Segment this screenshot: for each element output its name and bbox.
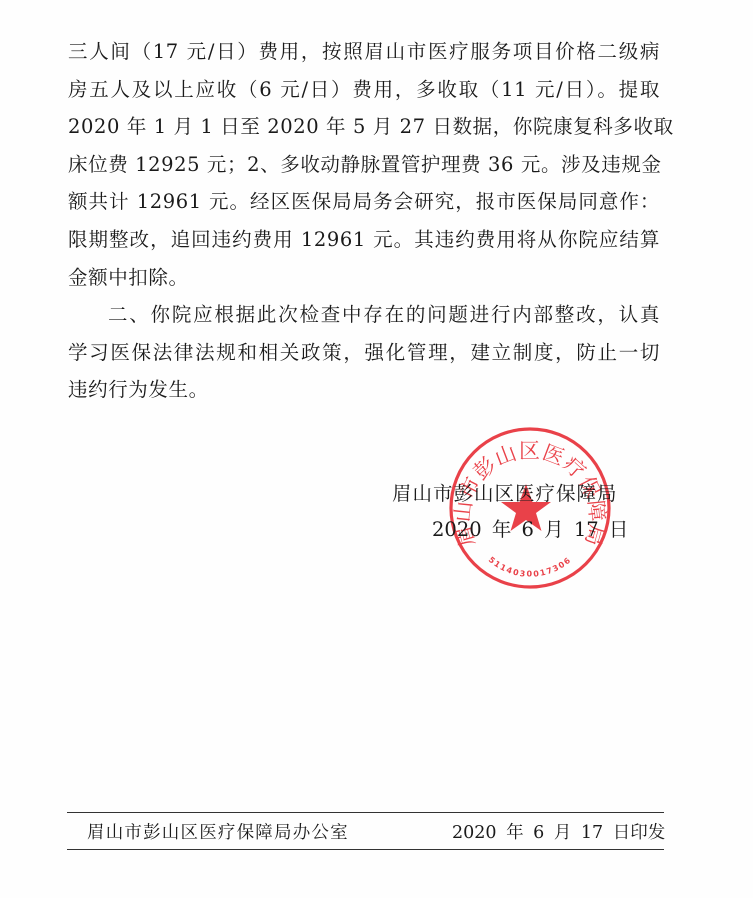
section-two-line: 违约行为发生。 xyxy=(68,371,660,409)
footer-issue-date: 2020 年 6 月 17 日印发 xyxy=(452,819,665,844)
body-line: 房五人及以上应收（6 元/日）费用，多收取（11 元/日）。提取 xyxy=(68,71,660,109)
body-line: 三人间（17 元/日）费用，按照眉山市医疗服务项目价格二级病 xyxy=(68,33,660,71)
section-two-line: 二、你院应根据此次检查中存在的问题进行内部整改，认真 xyxy=(68,296,660,334)
svg-text:5114030017306: 5114030017306 xyxy=(487,555,574,579)
footer-bottom-rule xyxy=(67,849,664,850)
body-line: 限期整改，追回违约费用 12961 元。其违约费用将从你院应结算 xyxy=(68,221,660,259)
body-line: 额共计 12961 元。经区医保局局务会研究，报市医保局同意作： xyxy=(68,183,660,221)
footer-top-rule xyxy=(67,812,664,813)
section-two-line: 学习医保法律法规和相关政策，强化管理，建立制度，防止一切 xyxy=(68,334,660,372)
document-page: 三人间（17 元/日）费用，按照眉山市医疗服务项目价格二级病 房五人及以上应收（… xyxy=(0,0,753,898)
footer-issuer: 眉山市彭山区医疗保障局办公室 xyxy=(87,819,349,844)
official-seal-icon: 眉山市彭山区医疗保障局 5114030017306 xyxy=(448,426,612,590)
document-body: 三人间（17 元/日）费用，按照眉山市医疗服务项目价格二级病 房五人及以上应收（… xyxy=(68,33,660,409)
seal-code: 5114030017306 xyxy=(487,555,574,579)
signature-date: 2020 年 6 月 17 日 xyxy=(432,514,628,542)
body-line: 2020 年 1 月 1 日至 2020 年 5 月 27 日数据，你院康复科多… xyxy=(68,108,660,146)
body-line: 床位费 12925 元；2、多收动静脉置管护理费 36 元。涉及违规金 xyxy=(68,146,660,184)
body-line: 金额中扣除。 xyxy=(68,259,660,297)
signature-organization: 眉山市彭山区医疗保障局 xyxy=(392,478,618,506)
